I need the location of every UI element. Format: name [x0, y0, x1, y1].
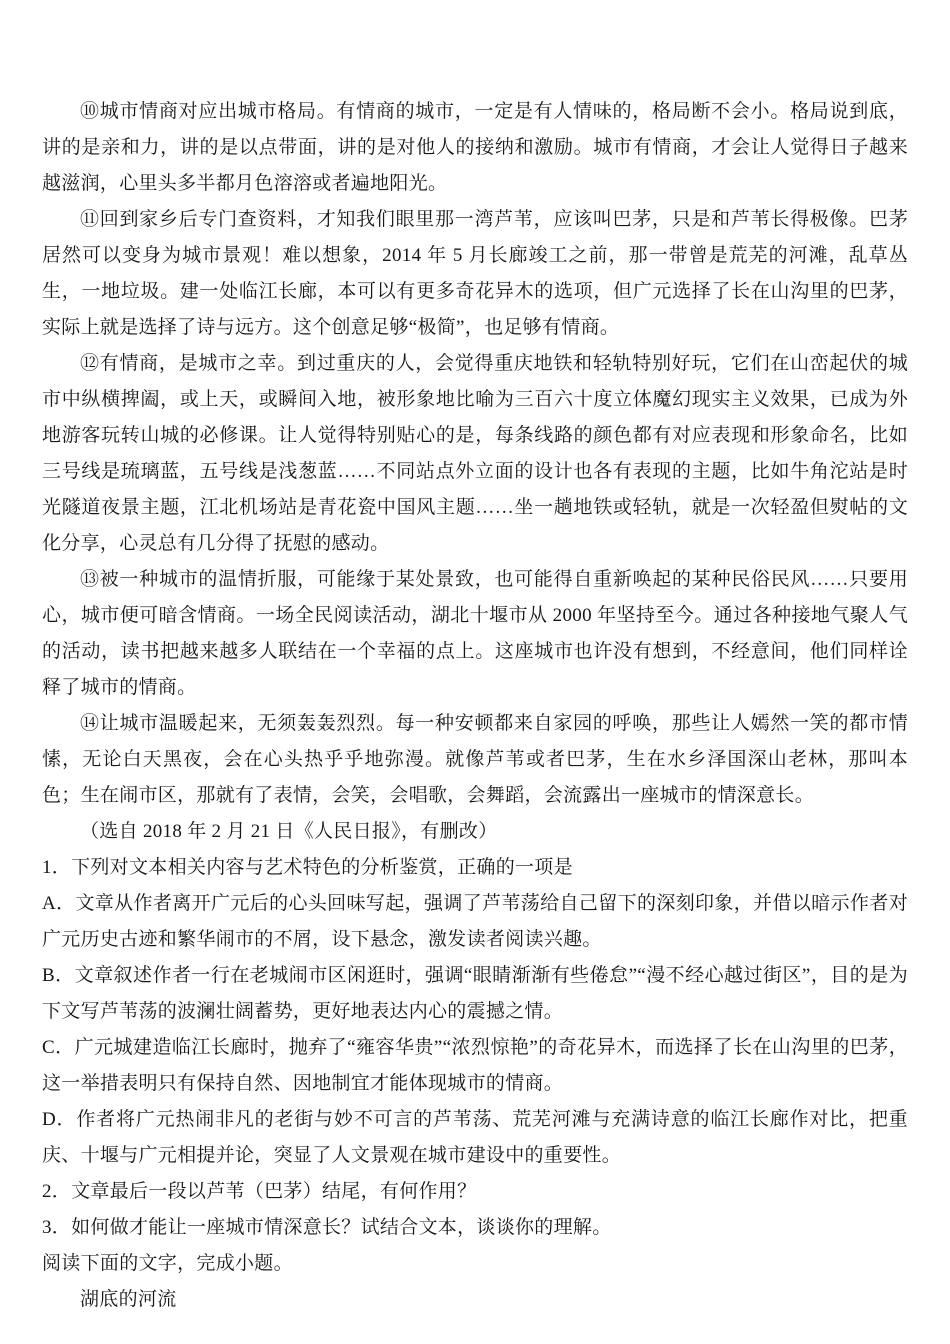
question-1-option-d: D．作者将广元热闹非凡的老街与妙不可言的芦苇荡、荒芜河滩与充满诗意的临江长廊作对…	[42, 1102, 908, 1174]
question-1-option-a: A．文章从作者离开广元后的心头回味写起，强调了芦苇荡给自己留下的深刻印象，并借以…	[42, 886, 908, 958]
passage-paragraph-11: ⑪回到家乡后专门查资料，才知我们眼里那一湾芦苇，应该叫巴茅，只是和芦苇长得极像。…	[42, 202, 908, 346]
source-attribution: （选自 2018 年 2 月 21 日《人民日报》，有删改）	[42, 814, 908, 850]
question-1-stem: 1．下列对文本相关内容与艺术特色的分析鉴赏，正确的一项是	[42, 850, 908, 886]
passage-paragraph-10: ⑩城市情商对应出城市格局。有情商的城市，一定是有人情味的，格局断不会小。格局说到…	[42, 94, 908, 202]
question-2-stem: 2．文章最后一段以芦苇（巴茅）结尾，有何作用？	[42, 1174, 908, 1210]
next-passage-instruction: 阅读下面的文字，完成小题。	[42, 1246, 908, 1282]
question-1-option-b: B．文章叙述作者一行在老城闹市区闲逛时，强调“眼睛渐渐有些倦怠”“漫不经心越过街…	[42, 958, 908, 1030]
passage-paragraph-14: ⑭让城市温暖起来，无须轰轰烈烈。每一种安顿都来自家园的呼唤，那些让人嫣然一笑的都…	[42, 706, 908, 814]
question-1-option-c: C．广元城建造临江长廊时，抛弃了“雍容华贵”“浓烈惊艳”的奇花异木，而选择了长在…	[42, 1030, 908, 1102]
document-page: ⑩城市情商对应出城市格局。有情商的城市，一定是有人情味的，格局断不会小。格局说到…	[0, 0, 950, 1344]
question-3-stem: 3．如何做才能让一座城市情深意长？试结合文本，谈谈你的理解。	[42, 1210, 908, 1246]
passage-paragraph-12: ⑫有情商，是城市之幸。到过重庆的人，会觉得重庆地铁和轻轨特别好玩，它们在山峦起伏…	[42, 346, 908, 562]
passage-paragraph-13: ⑬被一种城市的温情折服，可能缘于某处景致，也可能得自重新唤起的某种民俗民风……只…	[42, 562, 908, 706]
next-passage-title: 湖底的河流	[42, 1282, 908, 1318]
